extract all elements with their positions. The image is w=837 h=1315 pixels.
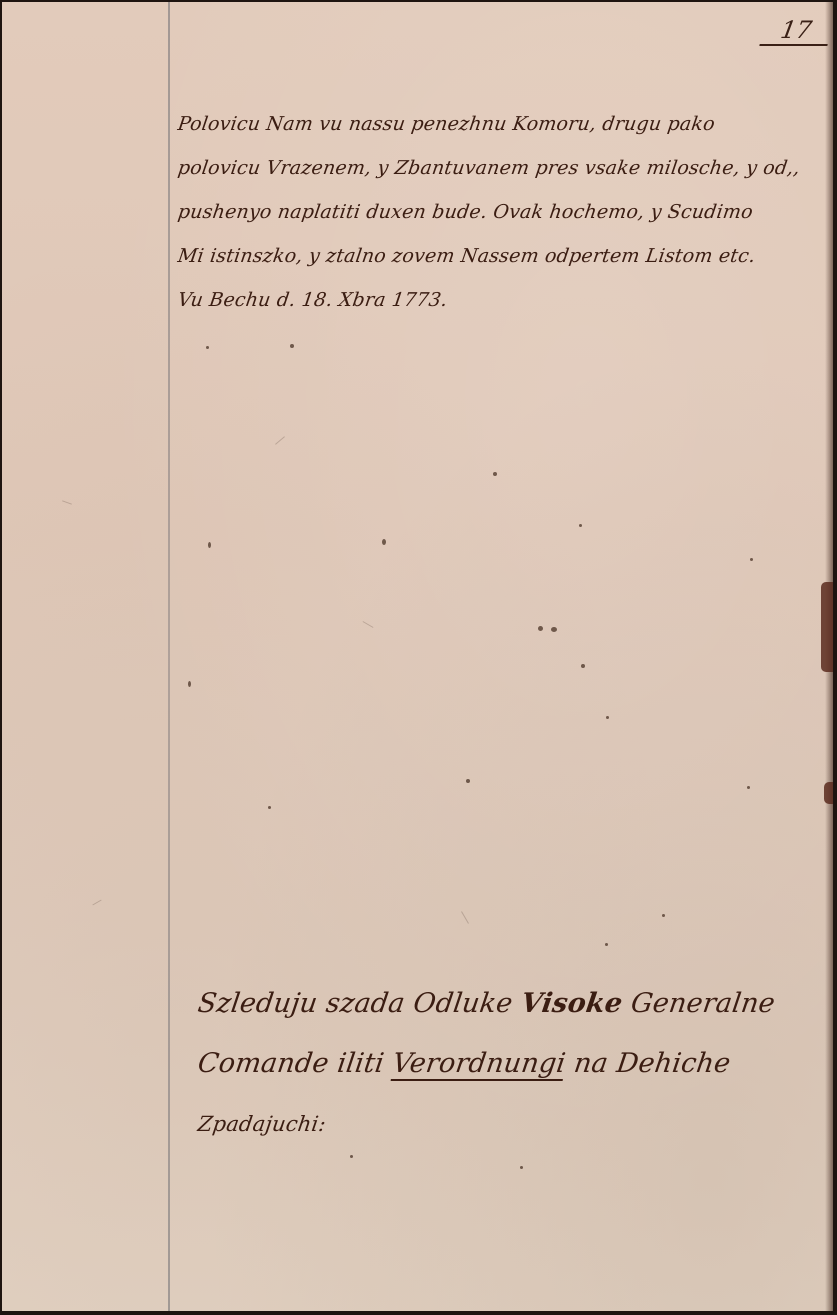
paper-speck (382, 539, 386, 545)
paper-speck (605, 943, 608, 946)
paper-speck (206, 346, 209, 349)
paper-fiber (363, 621, 374, 628)
text-line: Polovicu Nam vu nassu penezhnu Komoru, d… (175, 102, 831, 146)
paper-speck (581, 664, 585, 668)
heading-text: Generalne (629, 988, 777, 1019)
binding-stain (824, 782, 833, 804)
paper-speck (551, 627, 557, 632)
section-heading: Szleduju szada Odluke Visoke Generalne C… (198, 974, 828, 1154)
paper-fiber (275, 436, 285, 444)
margin-ruling-line (168, 2, 170, 1311)
paper-speck (290, 344, 294, 348)
paper-speck (493, 472, 497, 476)
manuscript-page: 17 Polovicu Nam vu nassu penezhnu Komoru… (2, 2, 833, 1311)
heading-emphasis: Visoke (519, 988, 624, 1019)
paper-speck (662, 914, 665, 917)
paper-speck (350, 1155, 353, 1158)
text-line: polovicu Vrazenem, y Zbantuvanem pres vs… (175, 146, 831, 190)
paper-fiber (92, 900, 101, 906)
text-line: Mi istinszko, y ztalno zovem Nassem odpe… (175, 234, 831, 278)
paper-speck (466, 779, 470, 783)
paper-speck (579, 524, 582, 527)
paper-speck (208, 542, 211, 548)
paper-speck (747, 786, 750, 789)
paper-fiber (62, 500, 72, 504)
heading-text: Comande iliti (196, 1048, 386, 1079)
paper-speck (750, 558, 753, 561)
paper-speck (606, 716, 609, 719)
heading-underlined-word: Verordnungi (390, 1048, 567, 1081)
paper-speck (188, 681, 191, 687)
date-line: Vu Bechu d. 18. Xbra 1773. (175, 278, 831, 322)
manuscript-paragraph: Polovicu Nam vu nassu penezhnu Komoru, d… (178, 102, 828, 322)
heading-text: na Dehiche (572, 1048, 733, 1079)
heading-text: Szleduju szada Odluke (196, 988, 515, 1019)
paper-speck (538, 626, 543, 631)
paper-speck (268, 806, 271, 809)
heading-line-1: Szleduju szada Odluke Visoke Generalne (194, 974, 832, 1034)
paper-fiber (461, 911, 469, 924)
binding-stain (821, 582, 833, 672)
text-line: pushenyo naplatiti duxen bude. Ovak hoch… (175, 190, 831, 234)
heading-line-3: Zpadajuchi: (194, 1094, 832, 1154)
page-number: 17 (759, 16, 832, 46)
paper-speck (520, 1166, 523, 1169)
heading-line-2: Comande iliti Verordnungi na Dehiche (194, 1034, 832, 1094)
